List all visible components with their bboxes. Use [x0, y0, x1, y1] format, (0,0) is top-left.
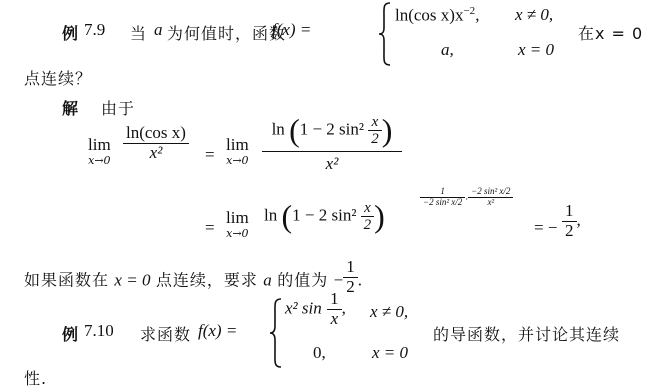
var-a: a [154, 20, 163, 40]
function-lhs: f(x) = [272, 20, 311, 40]
equals-sign: = [205, 145, 215, 165]
example-number: 7.9 [84, 20, 105, 40]
case1-condition: x ≠ 0, [515, 5, 553, 25]
case1-condition: x ≠ 0, [370, 302, 408, 322]
solution-label: 解 [62, 96, 79, 119]
case1-expression: ln(cos x)x−2, [395, 5, 479, 26]
case2-expression: 0, [313, 343, 326, 363]
case1-expression: x² sin 1x, [285, 290, 346, 328]
case2-condition: x = 0 [372, 343, 408, 363]
question-text-2: 为何值时，函数 [167, 21, 286, 44]
function-lhs: f(x) = [198, 321, 237, 341]
limit-operator: limx→0 [88, 136, 111, 166]
case2-expression: a, [441, 40, 454, 60]
case2-condition: x = 0 [518, 40, 554, 60]
result-prefix: = − [534, 218, 557, 238]
example-label: 例 [62, 21, 79, 44]
question-text-line2: 点连续？ [24, 66, 92, 89]
left-brace-icon [378, 2, 392, 66]
result-fraction: 12, [562, 202, 581, 240]
rhs1-fraction: ln (1 − 2 sin² x2) x² [262, 112, 402, 174]
example-number: 7.10 [84, 321, 114, 341]
question-text-line2: 性. [24, 366, 47, 389]
limit-operator-3: limx→0 [226, 209, 249, 239]
lhs-fraction: ln(cos x)x² [123, 124, 189, 162]
question-text-2: 的导函数，并讨论其连续 [433, 322, 620, 345]
ln-expression: ln (1 − 2 sin² x2) [264, 198, 385, 235]
question-text-3: 在x = 0 [578, 21, 643, 44]
question-text-1: 求函数 [140, 322, 191, 345]
limit-operator-2: limx→0 [226, 136, 249, 166]
question-text-1: 当 [130, 21, 147, 44]
equals-sign-2: = [205, 218, 215, 238]
left-brace-icon [269, 298, 283, 368]
example-label: 例 [62, 322, 79, 345]
exponent: 1−2 sin² x/2·−2 sin² x/2x² [420, 187, 513, 208]
solution-intro: 由于 [101, 96, 135, 119]
